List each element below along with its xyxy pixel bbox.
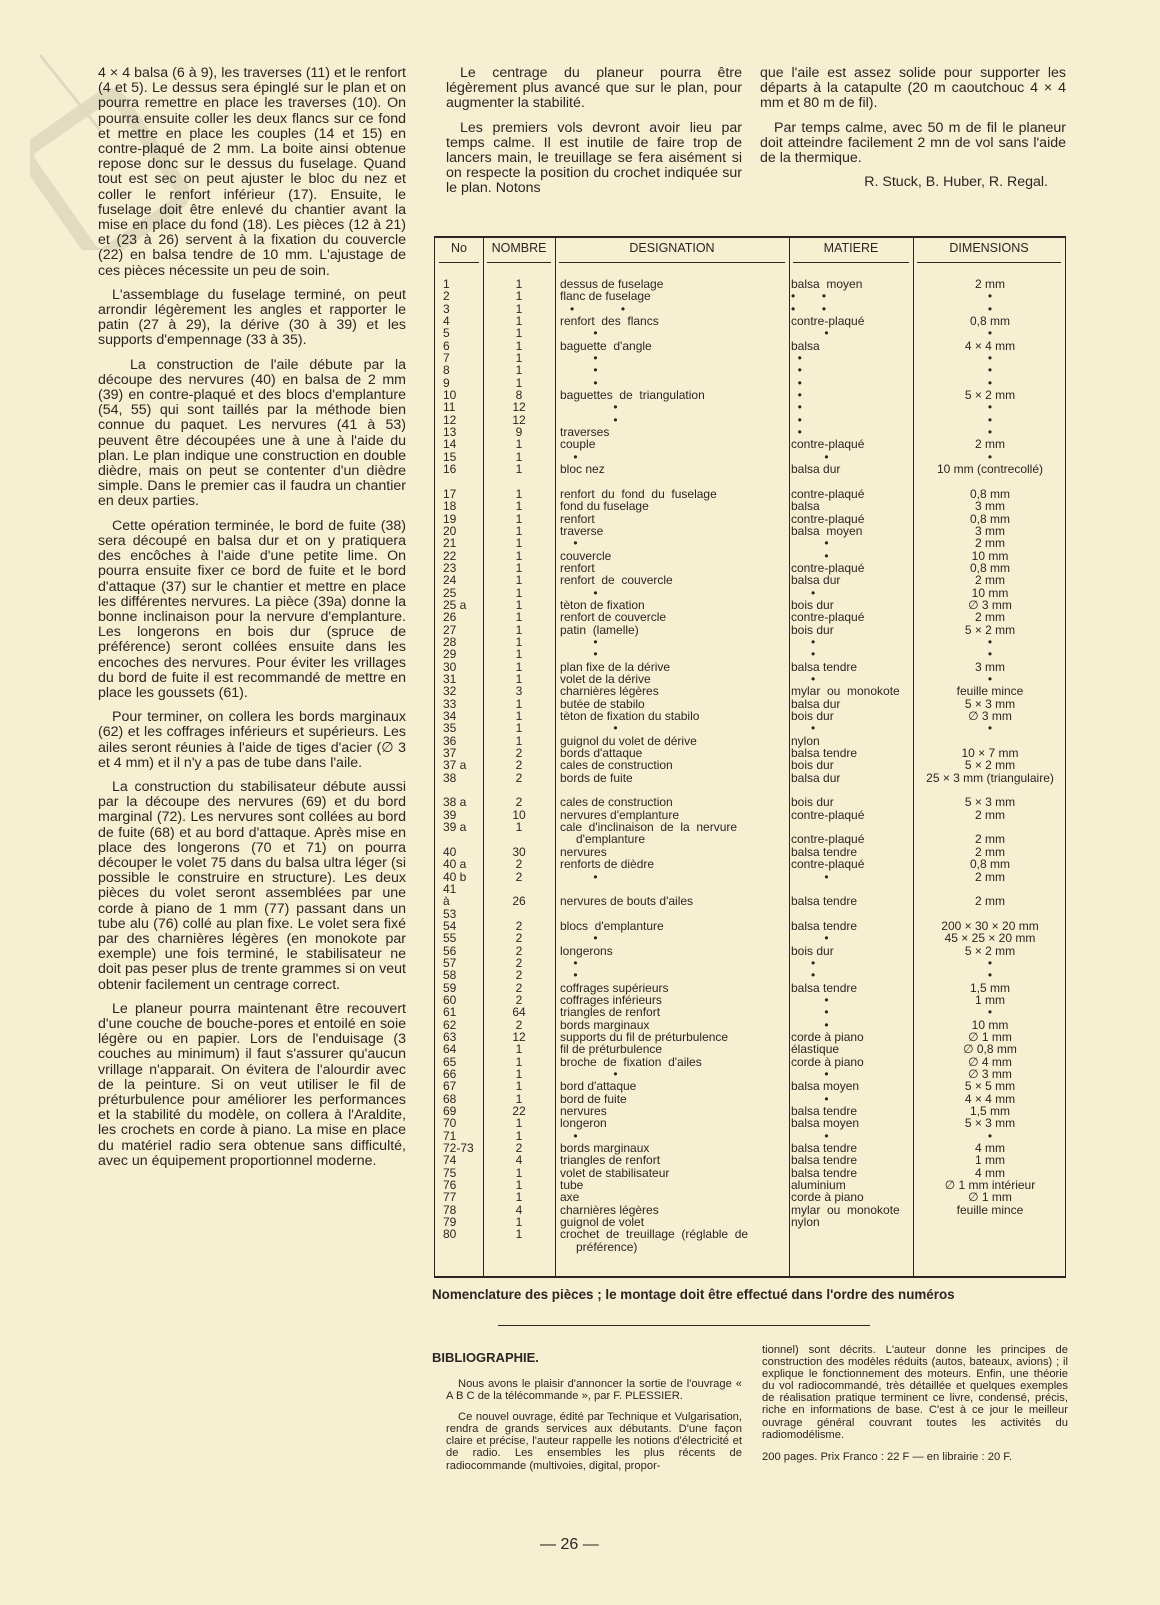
cell-dimensions: 0,8 mm xyxy=(915,858,1065,870)
cell-matiere: • xyxy=(791,969,921,981)
cell-designation: triangles de renfort xyxy=(560,1006,792,1018)
table-row: 72-732bords marginauxbalsa tendre4 mm xyxy=(435,1142,1065,1154)
cell-dimensions: 25 × 3 mm (triangulaire) xyxy=(915,772,1065,784)
cell-matiere: élastique xyxy=(791,1043,921,1055)
cell-matiere: balsa xyxy=(791,500,921,512)
cell-dimensions: • xyxy=(915,364,1065,376)
cell-dimensions: • xyxy=(915,290,1065,302)
header-no-label: No xyxy=(435,238,483,256)
table-row: 791guignol de voletnylon xyxy=(435,1216,1065,1228)
cell-designation: renfort de couvercle xyxy=(560,574,792,586)
cell-no: 8 xyxy=(443,364,483,376)
cell-designation: crochet de treuillage (réglable de xyxy=(560,1228,792,1240)
cell-matiere: • xyxy=(791,352,921,364)
cell-dimensions: 2 mm xyxy=(915,574,1065,586)
cell-no: 40 a xyxy=(443,858,483,870)
cell-nombre: 2 xyxy=(483,759,555,771)
table-row: 801crochet de treuillage (réglable depré… xyxy=(435,1228,1065,1253)
cell-dimensions: 3 mm xyxy=(915,500,1065,512)
cell-dimensions: ∅ 0,8 mm xyxy=(915,1043,1065,1055)
cell-designation: triangles de renfort xyxy=(560,1154,792,1166)
cell-matiere: contre-plaqué xyxy=(791,809,921,821)
cell-matiere: balsa xyxy=(791,340,921,352)
cell-matiere: balsa moyen xyxy=(791,1080,921,1092)
cell-designation: cales de construction xyxy=(560,796,792,808)
cell-no: 67 xyxy=(443,1080,483,1092)
table-row: 572 • •• xyxy=(435,957,1065,969)
header-nombre: NOMBRE xyxy=(483,238,555,268)
cell-matiere: • • xyxy=(791,290,921,302)
cell-dimensions: 2 mm xyxy=(915,833,1065,845)
cell-nombre: 4 xyxy=(483,1154,555,1166)
table-row: 671bord d'attaquebalsa moyen5 × 5 mm xyxy=(435,1080,1065,1092)
bibliography-paragraph: tionnel) sont décrits. L'auteur donne le… xyxy=(762,1344,1068,1441)
cell-no: 37 a xyxy=(443,759,483,771)
table-row: 291 • •• xyxy=(435,648,1065,660)
cell-nombre: 12 xyxy=(483,401,555,413)
table-row: 552 • •45 × 25 × 20 mm xyxy=(435,932,1065,944)
cell-designation: • xyxy=(560,648,792,660)
cell-no: 38 xyxy=(443,772,483,784)
cell-matiere: balsa moyen xyxy=(791,1117,921,1129)
cell-no: 55 xyxy=(443,932,483,944)
cell-no: 58 xyxy=(443,969,483,981)
cell-designation: charnières légères xyxy=(560,685,792,697)
cell-dimensions: • xyxy=(915,648,1065,660)
table-row: 41 à 5326nervures de bouts d'ailesbalsa … xyxy=(435,883,1065,920)
cell-matiere: balsa tendre xyxy=(791,1154,921,1166)
cell-nombre: 1 xyxy=(483,327,555,339)
cell-no: 5 xyxy=(443,327,483,339)
cell-nombre: 1 xyxy=(483,463,555,475)
cell-no: 64 xyxy=(443,1043,483,1055)
table-row: 139traverses •• xyxy=(435,426,1065,438)
cell-nombre: 1 xyxy=(483,611,555,623)
cell-no: 16 xyxy=(443,463,483,475)
cell-nombre: 2 xyxy=(483,969,555,981)
article-paragraph: Pour terminer, on collera les bords marg… xyxy=(98,710,406,771)
cell-no: 41 à 53 xyxy=(443,883,483,920)
table-row: 281 • •• xyxy=(435,636,1065,648)
table-row: 323charnières légèresmylar ou monokotefe… xyxy=(435,685,1065,697)
header-designation-label: DESIGNATION xyxy=(555,238,789,256)
article-paragraph: La construction de l'aile débute par la … xyxy=(98,358,406,510)
table-row: 40 a2renforts de dièdrecontre-plaqué0,8 … xyxy=(435,858,1065,870)
cell-designation: renforts de dièdre xyxy=(560,858,792,870)
cell-matiere: contre-plaqué xyxy=(791,611,921,623)
cell-nombre: 2 xyxy=(483,858,555,870)
table-row: 301plan fixe de la dérivebalsa tendre3 m… xyxy=(435,661,1065,673)
cell-dimensions: • xyxy=(915,327,1065,339)
cell-nombre: 26 xyxy=(483,895,555,907)
cell-matiere: balsa dur xyxy=(791,772,921,784)
cell-dimensions: 5 × 5 mm xyxy=(915,1080,1065,1092)
cell-matiere: bois dur xyxy=(791,796,921,808)
table-row: 39 a1cale d'inclinaison de la nervured'e… xyxy=(435,821,1065,846)
article-paragraph: 4 × 4 balsa (6 à 9), les traverses (11) … xyxy=(98,66,406,279)
bibliography-paragraph: Ce nouvel ouvrage, édité par Technique e… xyxy=(446,1411,742,1471)
table-row: 271patin (lamelle)bois dur5 × 2 mm xyxy=(435,624,1065,636)
cell-designation: • xyxy=(560,722,792,734)
table-row: 231renfortcontre-plaqué0,8 mm xyxy=(435,562,1065,574)
table-row: 1212 • •• xyxy=(435,414,1065,426)
cell-matiere: • xyxy=(791,377,921,389)
table-caption: Nomenclature des pièces ; le montage doi… xyxy=(432,1287,1072,1302)
header-matiere-label: MATIERE xyxy=(789,238,913,256)
cell-designation: • xyxy=(560,327,792,339)
cell-dimensions: 2 mm xyxy=(915,537,1065,549)
cell-designation: traverse xyxy=(560,525,792,537)
cell-nombre: 1 xyxy=(483,290,555,302)
cell-designation: renfort de couvercle xyxy=(560,611,792,623)
cell-designation: • xyxy=(560,364,792,376)
cell-matiere: • xyxy=(791,932,921,944)
cell-designation: longerons xyxy=(560,945,792,957)
cell-no: 80 xyxy=(443,1228,483,1240)
table-row: 61baguette d'anglebalsa4 × 4 mm xyxy=(435,340,1065,352)
bibliography-title: BIBLIOGRAPHIE. xyxy=(432,1350,539,1365)
cell-nombre: 1 xyxy=(483,821,555,833)
table-row: 40 b2 • •2 mm xyxy=(435,871,1065,883)
table-row: 701longeronbalsa moyen5 × 3 mm xyxy=(435,1117,1065,1129)
parts-table: No NOMBRE DESIGNATION MATIERE DIMENSIONS… xyxy=(434,236,1066,1278)
table-row: 6164triangles de renfort •• xyxy=(435,1006,1065,1018)
cell-nombre: 64 xyxy=(483,1006,555,1018)
article-right-column: que l'aile est assez solide pour support… xyxy=(760,66,1066,199)
article-paragraph: Par temps calme, avec 50 m de fil le pla… xyxy=(760,121,1066,167)
cell-nombre: 2 xyxy=(483,772,555,784)
cell-designation-continued: préférence) xyxy=(560,1241,808,1253)
table-row: 21flanc de fuselage• •• xyxy=(435,290,1065,302)
cell-nombre: 3 xyxy=(483,685,555,697)
cell-designation: bords de fuite xyxy=(560,772,792,784)
article-paragraph: Les premiers vols devront avoir lieu par… xyxy=(446,121,742,197)
table-row: 341tèton de fixation du stabilobois dur∅… xyxy=(435,710,1065,722)
cell-matiere: balsa dur xyxy=(791,574,921,586)
table-row: 3910nervures d'emplanturecontre-plaqué2 … xyxy=(435,809,1065,821)
cell-dimensions: • xyxy=(915,969,1065,981)
cell-nombre: 1 xyxy=(483,1080,555,1092)
cell-no: 26 xyxy=(443,611,483,623)
cell-dimensions: 45 × 25 × 20 mm xyxy=(915,932,1065,944)
cell-designation: flanc de fuselage xyxy=(560,290,792,302)
table-row: 641fil de préturbulenceélastique∅ 0,8 mm xyxy=(435,1043,1065,1055)
cell-matiere: • xyxy=(791,648,921,660)
cell-designation: • xyxy=(560,537,792,549)
header-designation: DESIGNATION xyxy=(555,238,789,268)
cell-nombre: 1 xyxy=(483,1043,555,1055)
cell-matiere: • xyxy=(791,871,921,883)
header-nombre-label: NOMBRE xyxy=(483,238,555,256)
cell-dimensions: 5 × 3 mm xyxy=(915,796,1065,808)
table-row: 38 a2cales de constructionbois dur5 × 3 … xyxy=(435,796,1065,808)
cell-matiere: • xyxy=(791,327,921,339)
table-row: 41renfort des flancscontre-plaqué0,8 mm xyxy=(435,315,1065,327)
cell-dimensions: 10 mm (contrecollé) xyxy=(915,463,1065,475)
cell-matiere: • xyxy=(791,364,921,376)
cell-dimensions: 2 mm xyxy=(915,611,1065,623)
cell-nombre: 1 xyxy=(483,574,555,586)
cell-dimensions: • xyxy=(915,401,1065,413)
table-row: 382bords de fuitebalsa dur25 × 3 mm (tri… xyxy=(435,772,1065,797)
cell-designation: fond du fuselage xyxy=(560,500,792,512)
table-row: 141couplecontre-plaqué2 mm xyxy=(435,438,1065,450)
cell-matiere: nylon xyxy=(791,1216,921,1228)
cell-matiere: contre-plaqué xyxy=(791,858,921,870)
cell-nombre: 2 xyxy=(483,796,555,808)
table-row: 711 • •• xyxy=(435,1130,1065,1142)
cell-designation: axe xyxy=(560,1191,792,1203)
cell-no: 77 xyxy=(443,1191,483,1203)
table-row: 351 • •• xyxy=(435,722,1065,734)
table-row: 25 a1tèton de fixationbois dur∅ 3 mm xyxy=(435,599,1065,611)
header-dimensions-label: DIMENSIONS xyxy=(913,238,1065,256)
table-row: 171renfort du fond du fuselagecontre-pla… xyxy=(435,488,1065,500)
cell-nombre: 2 xyxy=(483,932,555,944)
cell-no: 39 a xyxy=(443,821,483,833)
article-paragraph: que l'aile est assez solide pour support… xyxy=(760,66,1066,112)
section-divider xyxy=(498,1325,870,1326)
article-middle-column: Le centrage du planeur pourra être légèr… xyxy=(446,66,742,206)
cell-no: 32 xyxy=(443,685,483,697)
bibliography-right-column: tionnel) sont décrits. L'auteur donne le… xyxy=(762,1344,1068,1472)
cell-matiere: • xyxy=(791,401,921,413)
cell-designation: volet de stabilisateur xyxy=(560,1167,792,1179)
table-row: 602coffrages inférieurs •1 mm xyxy=(435,994,1065,1006)
table-row: 11dessus de fuselagebalsa moyen2 mm xyxy=(435,278,1065,290)
cell-nombre: 1 xyxy=(483,722,555,734)
table-row: 71 • •• xyxy=(435,352,1065,364)
cell-matiere: balsa dur xyxy=(791,463,921,475)
article-paragraph: L'assemblage du fuselage terminé, on peu… xyxy=(98,288,406,349)
cell-no: 40 b xyxy=(443,871,483,883)
cell-no: 24 xyxy=(443,574,483,586)
cell-designation: • xyxy=(560,401,792,413)
table-row: 771axecorde à piano∅ 1 mm xyxy=(435,1191,1065,1203)
cell-designation: • xyxy=(560,932,792,944)
bibliography-paragraph: Nous avons le plaisir d'annoncer la sort… xyxy=(446,1378,742,1402)
cell-matiere: bois dur xyxy=(791,759,921,771)
cell-no: 21 xyxy=(443,537,483,549)
article-paragraph: Le planeur pourra maintenant être recouv… xyxy=(98,1002,406,1169)
cell-matiere: • xyxy=(791,389,921,401)
cell-no: 38 a xyxy=(443,796,483,808)
cell-dimensions: feuille mince xyxy=(915,1204,1065,1216)
cell-matiere: balsa tendre xyxy=(791,895,921,907)
table-row: 744triangles de renfortbalsa tendre1 mm xyxy=(435,1154,1065,1166)
cell-dimensions: 5 × 2 mm xyxy=(915,759,1065,771)
table-row: 784charnières légèresmylar ou monokotefe… xyxy=(435,1204,1065,1216)
cell-designation: couple xyxy=(560,438,792,450)
article-paragraph: La construction du stabilisateur débute … xyxy=(98,780,406,993)
article-left-column: 4 × 4 balsa (6 à 9), les traverses (11) … xyxy=(98,66,406,1178)
table-row: 201traversebalsa moyen3 mm xyxy=(435,525,1065,537)
cell-no: 74 xyxy=(443,1154,483,1166)
cell-no: 2 xyxy=(443,290,483,302)
cell-no: 61 xyxy=(443,1006,483,1018)
cell-matiere: contre-plaqué xyxy=(791,438,921,450)
page-number: — 26 — xyxy=(540,1536,599,1554)
article-paragraph: Le centrage du planeur pourra être légèr… xyxy=(446,66,742,112)
cell-no: 29 xyxy=(443,648,483,660)
bibliography-left-column: Nous avons le plaisir d'annoncer la sort… xyxy=(446,1378,742,1481)
header-matiere: MATIERE xyxy=(789,238,913,268)
cell-designation: bord d'attaque xyxy=(560,1080,792,1092)
cell-dimensions: 2 mm xyxy=(915,871,1065,883)
cell-no: 11 xyxy=(443,401,483,413)
cell-designation: nervures de bouts d'ailes xyxy=(560,895,792,907)
article-signature: R. Stuck, B. Huber, R. Regal. xyxy=(760,175,1066,190)
table-row: 261renfort de couverclecontre-plaqué2 mm xyxy=(435,611,1065,623)
cell-no: 14 xyxy=(443,438,483,450)
cell-matiere: mylar ou monokote xyxy=(791,685,921,697)
cell-designation: longeron xyxy=(560,1117,792,1129)
cell-nombre: 2 xyxy=(483,871,555,883)
cell-designation: bloc nez xyxy=(560,463,792,475)
table-row: 1112 • •• xyxy=(435,401,1065,413)
cell-dimensions: feuille mince xyxy=(915,685,1065,697)
cell-nombre: 1 xyxy=(483,1117,555,1129)
cell-designation: fil de préturbulence xyxy=(560,1043,792,1055)
cell-dimensions: 1 mm xyxy=(915,1154,1065,1166)
cell-matiere: corde à piano xyxy=(791,1191,921,1203)
cell-designation: cales de construction xyxy=(560,759,792,771)
cell-designation: • xyxy=(560,957,792,969)
cell-nombre: 1 xyxy=(483,1191,555,1203)
cell-dimensions: 2 mm xyxy=(915,438,1065,450)
table-row: 241renfort de couverclebalsa dur2 mm xyxy=(435,574,1065,586)
bibliography-price: 200 pages. Prix Franco : 22 F — en libra… xyxy=(762,1451,1068,1463)
table-row: 582 • •• xyxy=(435,969,1065,981)
table-row: 81 • •• xyxy=(435,364,1065,376)
cell-matiere: • xyxy=(791,722,921,734)
cell-designation: tube xyxy=(560,1179,792,1191)
cell-designation: • xyxy=(560,969,792,981)
cell-dimensions: ∅ 1 mm xyxy=(915,1191,1065,1203)
table-row: 108baguettes de triangulation •5 × 2 mm xyxy=(435,389,1065,401)
table-row: 161bloc nezbalsa dur10 mm (contrecollé) xyxy=(435,463,1065,488)
cell-nombre: 1 xyxy=(483,1228,555,1240)
cell-dimensions: 5 × 3 mm xyxy=(915,1117,1065,1129)
cell-designation: • xyxy=(560,871,792,883)
parts-table-body: 11dessus de fuselagebalsa moyen2 mm21fla… xyxy=(435,278,1065,1253)
cell-dimensions: • xyxy=(915,1006,1065,1018)
cell-nombre: 1 xyxy=(483,537,555,549)
cell-matiere: • xyxy=(791,537,921,549)
table-row: 181fond du fuselagebalsa3 mm xyxy=(435,500,1065,512)
table-row: 562longeronsbois dur5 × 2 mm xyxy=(435,945,1065,957)
cell-no: 35 xyxy=(443,722,483,734)
cell-no: 70 xyxy=(443,1117,483,1129)
cell-matiere: contre-plaqué xyxy=(791,833,921,845)
header-no: No xyxy=(435,238,483,268)
cell-dimensions: • xyxy=(915,722,1065,734)
cell-dimensions: 2 mm xyxy=(915,895,1065,907)
header-dimensions: DIMENSIONS xyxy=(913,238,1065,268)
cell-matiere: • xyxy=(791,1006,921,1018)
cell-nombre: 1 xyxy=(483,648,555,660)
table-row: 37 a2cales de constructionbois dur5 × 2 … xyxy=(435,759,1065,771)
cell-matiere: • xyxy=(791,414,921,426)
table-row: 211 • •2 mm xyxy=(435,537,1065,549)
cell-no: 18 xyxy=(443,500,483,512)
article-paragraph: Cette opération terminée, le bord de fui… xyxy=(98,519,406,701)
cell-nombre: 1 xyxy=(483,438,555,450)
cell-dimensions: 2 mm xyxy=(915,809,1065,821)
cell-nombre: 1 xyxy=(483,364,555,376)
cell-nombre: 1 xyxy=(483,500,555,512)
cell-designation-continued: d'emplanture xyxy=(560,833,808,845)
table-row: 51 • •• xyxy=(435,327,1065,339)
table-row: 592coffrages supérieursbalsa tendre1,5 m… xyxy=(435,982,1065,994)
table-row: 191renfortcontre-plaqué0,8 mm xyxy=(435,513,1065,525)
